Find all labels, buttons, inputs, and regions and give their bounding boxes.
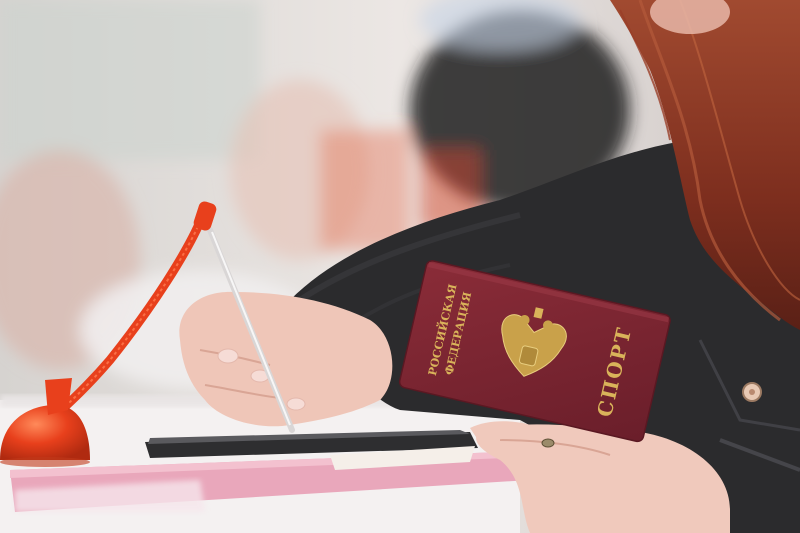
- photo-scene: РОССИЙСКАЯ ФЕДЕРАЦИЯ СПОРТ Close-up phot…: [0, 0, 800, 533]
- photo-illustration: РОССИЙСКАЯ ФЕДЕРАЦИЯ СПОРТ: [0, 0, 800, 533]
- ring: [542, 439, 554, 447]
- fingernail: [218, 349, 238, 363]
